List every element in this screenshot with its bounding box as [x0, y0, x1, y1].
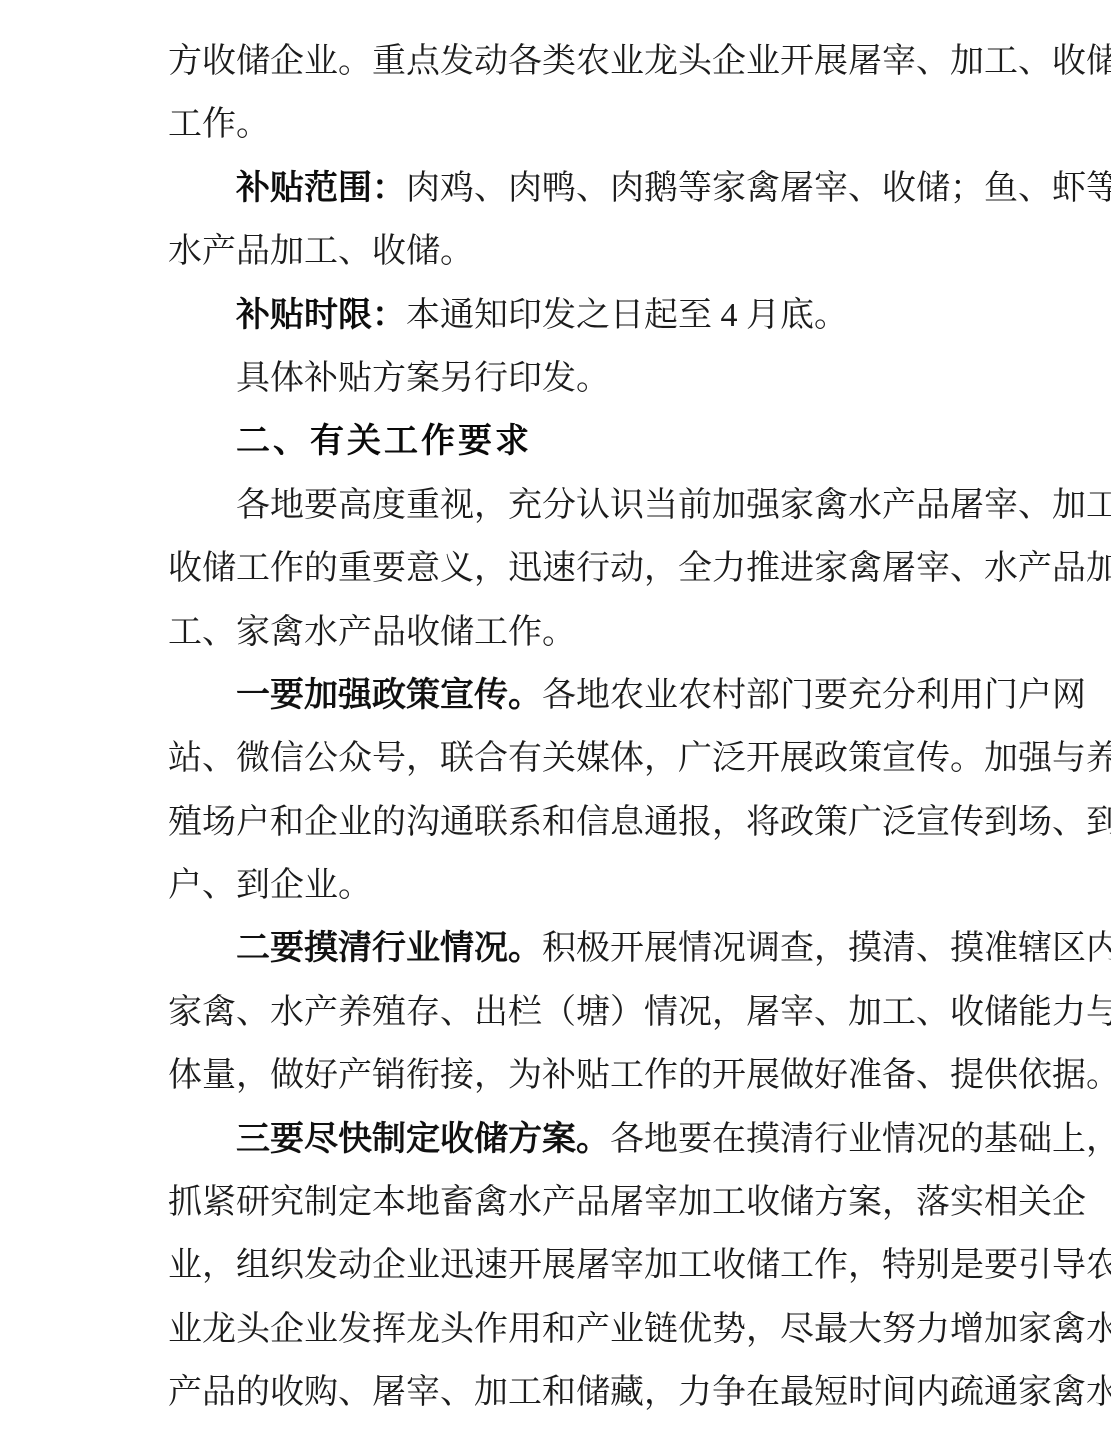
text-line: 站、微信公众号，联合有关媒体，广泛开展政策宣传。加强与养	[168, 727, 1111, 790]
line-text: 方收储企业。重点发动各类农业龙头企业开展屠宰、加工、收储	[168, 43, 1111, 80]
text-line: 产品的收购、屠宰、加工和储藏，力争在最短时间内疏通家禽水	[168, 1361, 1111, 1424]
text-line: 业龙头企业发挥龙头作用和产业链优势，尽最大努力增加家禽水	[168, 1298, 1111, 1361]
point-2-lead: 二要摸清行业情况。	[236, 930, 542, 967]
text-line: 殖场户和企业的沟通联系和信息通报，将政策广泛宣传到场、到	[168, 791, 1111, 854]
document-page: 方收储企业。重点发动各类农业龙头企业开展屠宰、加工、收储 工作。 补贴范围：肉鸡…	[0, 0, 1111, 1436]
line-text: 抓紧研究制定本地畜禽水产品屠宰加工收储方案，落实相关企	[168, 1184, 1086, 1221]
text-line: 补贴范围：肉鸡、肉鸭、肉鹅等家禽屠宰、收储；鱼、虾等	[168, 157, 1111, 220]
line-text: 工作。	[168, 106, 270, 143]
line-text: 业，组织发动企业迅速开展屠宰加工收储工作，特别是要引导农	[168, 1247, 1111, 1284]
text-line: 抓紧研究制定本地畜禽水产品屠宰加工收储方案，落实相关企	[168, 1171, 1111, 1234]
text-line: 工、家禽水产品收储工作。	[168, 601, 1111, 664]
line-text: 体量，做好产销衔接，为补贴工作的开展做好准备、提供依据。	[168, 1057, 1111, 1094]
text-line: 补贴时限：本通知印发之日起至 4 月底。	[168, 284, 1111, 347]
line-text: 工、家禽水产品收储工作。	[168, 614, 576, 651]
section-heading: 二、有关工作要求	[168, 410, 1111, 473]
text-line: 体量，做好产销衔接，为补贴工作的开展做好准备、提供依据。	[168, 1044, 1111, 1107]
text-line: 家禽、水产养殖存、出栏（塘）情况，屠宰、加工、收储能力与	[168, 981, 1111, 1044]
line-text: 站、微信公众号，联合有关媒体，广泛开展政策宣传。加强与养	[168, 740, 1111, 777]
text-line: 户、到企业。	[168, 854, 1111, 917]
text-line: 各地要高度重视，充分认识当前加强家禽水产品屠宰、加工、	[168, 474, 1111, 537]
line-text: 各地要高度重视，充分认识当前加强家禽水产品屠宰、加工、	[236, 487, 1111, 524]
text-line: 三要尽快制定收储方案。各地要在摸清行业情况的基础上，	[168, 1108, 1111, 1171]
line-text: 户、到企业。	[168, 867, 372, 904]
text-line: 具体补贴方案另行印发。	[168, 347, 1111, 410]
section-2-heading: 二、有关工作要求	[236, 422, 532, 460]
line-text: 具体补贴方案另行印发。	[236, 360, 610, 397]
line-text: 肉鸡、肉鸭、肉鹅等家禽屠宰、收储；鱼、虾等	[406, 170, 1111, 207]
point-3-lead: 三要尽快制定收储方案。	[236, 1121, 610, 1158]
text-line: 方收储企业。重点发动各类农业龙头企业开展屠宰、加工、收储	[168, 30, 1111, 93]
scanned-page-viewport: 方收储企业。重点发动各类农业龙头企业开展屠宰、加工、收储 工作。 补贴范围：肉鸡…	[0, 0, 1111, 1436]
line-text: 产品的收购、屠宰、加工和储藏，力争在最短时间内疏通家禽水	[168, 1374, 1111, 1411]
text-line: 业，组织发动企业迅速开展屠宰加工收储工作，特别是要引导农	[168, 1234, 1111, 1297]
text-line: 一要加强政策宣传。各地农业农村部门要充分利用门户网	[168, 664, 1111, 727]
line-text: 殖场户和企业的沟通联系和信息通报，将政策广泛宣传到场、到	[168, 804, 1111, 841]
subsidy-scope-label: 补贴范围：	[236, 169, 406, 207]
line-text: 水产品加工、收储。	[168, 233, 474, 270]
line-text: 积极开展情况调查，摸清、摸准辖区内	[542, 930, 1111, 967]
line-text: 家禽、水产养殖存、出栏（塘）情况，屠宰、加工、收储能力与	[168, 994, 1111, 1031]
subsidy-deadline-label: 补贴时限：	[236, 296, 406, 334]
line-text: 各地要在摸清行业情况的基础上，	[610, 1121, 1111, 1158]
line-text: 收储工作的重要意义，迅速行动，全力推进家禽屠宰、水产品加	[168, 550, 1111, 587]
line-text: 本通知印发之日起至 4 月底。	[406, 297, 848, 334]
text-line: 二要摸清行业情况。积极开展情况调查，摸清、摸准辖区内	[168, 917, 1111, 980]
text-line: 水产品加工、收储。	[168, 220, 1111, 283]
text-line: 收储工作的重要意义，迅速行动，全力推进家禽屠宰、水产品加	[168, 537, 1111, 600]
text-line: 工作。	[168, 93, 1111, 156]
point-1-lead: 一要加强政策宣传。	[236, 677, 542, 714]
line-text: 业龙头企业发挥龙头作用和产业链优势，尽最大努力增加家禽水	[168, 1311, 1111, 1348]
line-text: 各地农业农村部门要充分利用门户网	[542, 677, 1086, 714]
